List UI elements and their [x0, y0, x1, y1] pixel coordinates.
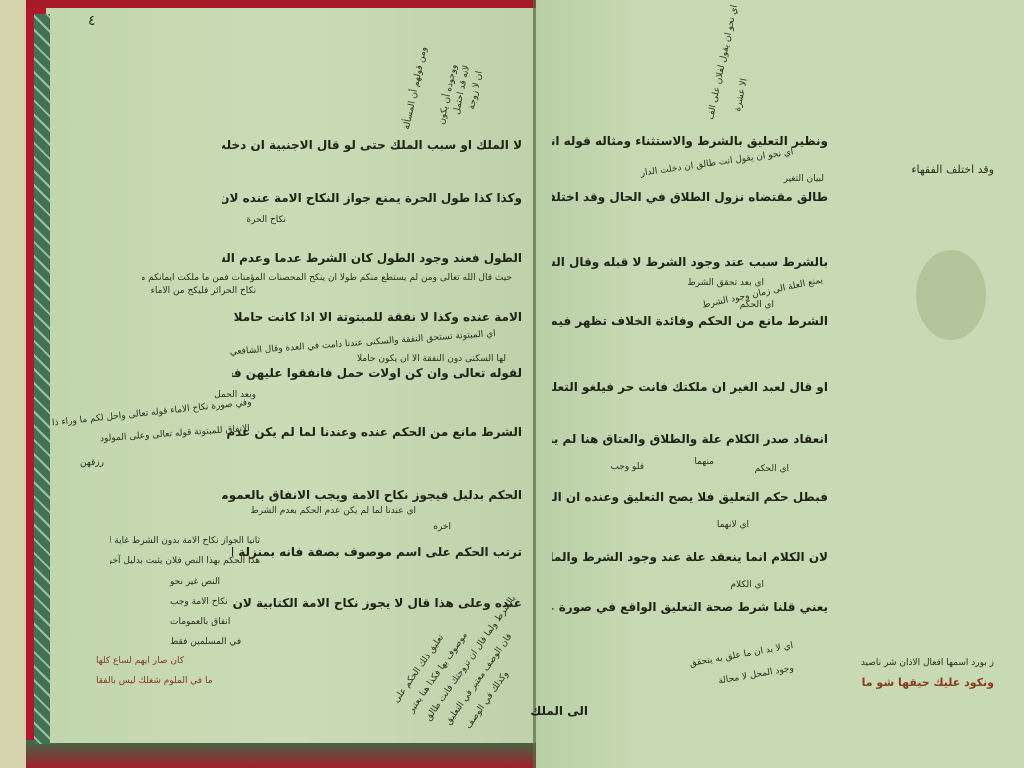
main-line-6: انعقاد صدر الكلام علة والطلاق والعتاق هن…: [552, 432, 828, 446]
main-line-3: بالشرط سبب عند وجود الشرط لا قبله وقال ا…: [552, 255, 828, 269]
vertical-note-1: ومن قولهم أن المسألة: [400, 46, 431, 131]
interlinear-note-12: وجود المحل لا محالة: [717, 661, 795, 688]
interlinear-note-6: منهما: [694, 455, 714, 469]
main-line-2: طالق مقتضاه نزول الطلاق في الحال وقد اخت…: [552, 190, 828, 204]
margin-list-2: هذا الحكم بهذا النص فلان يثبت بدليل آخر: [110, 554, 260, 568]
main-line-8: ترتب الحكم على اسم موصوف بصفة فانه بمنزل…: [232, 545, 522, 559]
interlinear-note-1: اي نحو ان يقول انت طالق ان دخلت الدار: [640, 145, 795, 180]
interlinear-note-3: نكاح الحرائر فليكح من الاماء: [151, 284, 256, 298]
margin-list-4: نكاح الامة وجب: [170, 595, 228, 609]
red-ink-note-2: ما في الملوم شغلك ليس بالفقا: [96, 674, 213, 688]
margin-list-1: ثانيا الجواز نكاح الامة بدون الشرط غاية …: [110, 534, 260, 548]
diagonal-note-3: بالشرط ولما قال ان تزوجتك فانت طالق: [422, 593, 520, 724]
main-line-2: وكذا كذا طول الحرة يمنع جواز النكاح الام…: [222, 191, 522, 205]
main-line-1: لا الملك او سبب الملك حتى لو قال الاجنبي…: [222, 138, 522, 152]
margin-list-3: النص غير نحو: [170, 575, 220, 589]
vertical-note-2: الا عشرة: [731, 77, 752, 113]
binding-bottom-edge: [26, 740, 546, 768]
main-line-7: فبطل حكم التعليق فلا يصح التعليق وعنده ا…: [552, 490, 828, 504]
interlinear-note-5: اي الحكم: [740, 298, 774, 312]
catchword: الى الملك: [530, 704, 588, 718]
main-line-9: عنده وعلى هذا قال لا يجوز نكاح الامة الك…: [232, 596, 522, 610]
main-line-4: الامة عنده وكذا لا نفقة للمبتوتة الا اذا…: [232, 310, 522, 324]
main-line-5: او قال لعبد الغير ان ملكتك فانت حر فيلغو…: [552, 380, 828, 394]
main-line-3: الطول فعند وجود الطول كان الشرط عدما وعد…: [222, 251, 522, 265]
interlinear-note-2: لبيان التغير: [784, 172, 824, 186]
margin-list-5: انفاق بالعمومات: [170, 615, 230, 629]
page-number-mark: ٤: [88, 14, 96, 28]
left-margin-note-3: رزقهن: [80, 456, 104, 470]
main-line-8: لان الكلام انما ينعقد علة عند وجود الشرط…: [552, 550, 828, 564]
interlinear-note-8: اي الحكم: [755, 462, 789, 476]
bottom-right-note-red: ونكود عليك حيقها شو ما: [862, 676, 994, 690]
margin-note-right: وقد اختلف الفقهاء: [911, 163, 994, 177]
red-ink-note-1: كان صار ايهم لساع كلها: [96, 654, 184, 668]
interlinear-note-1: نكاح الحرة: [246, 213, 286, 227]
main-line-6: الشرط مانع من الحكم عنده وعندنا لما لم ي…: [222, 425, 522, 439]
interlinear-note-7: اي عندنا لما لم يكن عدم الحكم بعدم الشرط: [216, 504, 416, 518]
main-line-7: الحكم بدليل فيجوز نكاح الامة ويجب الانفا…: [222, 488, 522, 502]
main-line-4: الشرط مانع من الحكم وفائدة الخلاف تظهر ف…: [552, 314, 828, 328]
binding-top-edge: [26, 0, 546, 8]
interlinear-note-9: اي لانهما: [717, 518, 749, 532]
margin-list-6: في المسلمين فقط: [170, 635, 241, 649]
interlinear-note-5: لها السكنى دون النفقة الا ان يكون حاملا: [356, 352, 506, 366]
interlinear-note-2: حيث قال الله تعالى ومن لم يستطع منكم طول…: [142, 271, 512, 285]
right-page: اي نحو ان يقول لفلان على الف الا عشرة ون…: [536, 0, 1024, 768]
left-page: ٤ ومن قولهم أن المسألة ووجوده أن يكون لا…: [50, 8, 536, 743]
bottom-right-note-black: ز بورد اسمها افعال الاذان شر ناصيد: [861, 656, 994, 670]
paper-stain: [916, 250, 986, 340]
interlinear-note-10: اي الكلام: [730, 578, 764, 592]
main-line-5: لقوله تعالى وان كن اولات حمل فانفقوا علي…: [232, 366, 522, 380]
interlinear-note-8: اخره: [433, 520, 451, 534]
interlinear-note-7: فلو وجب: [610, 460, 644, 474]
main-line-9: يعني قلنا شرط صحة التعليق الواقع في صورة…: [552, 600, 828, 614]
